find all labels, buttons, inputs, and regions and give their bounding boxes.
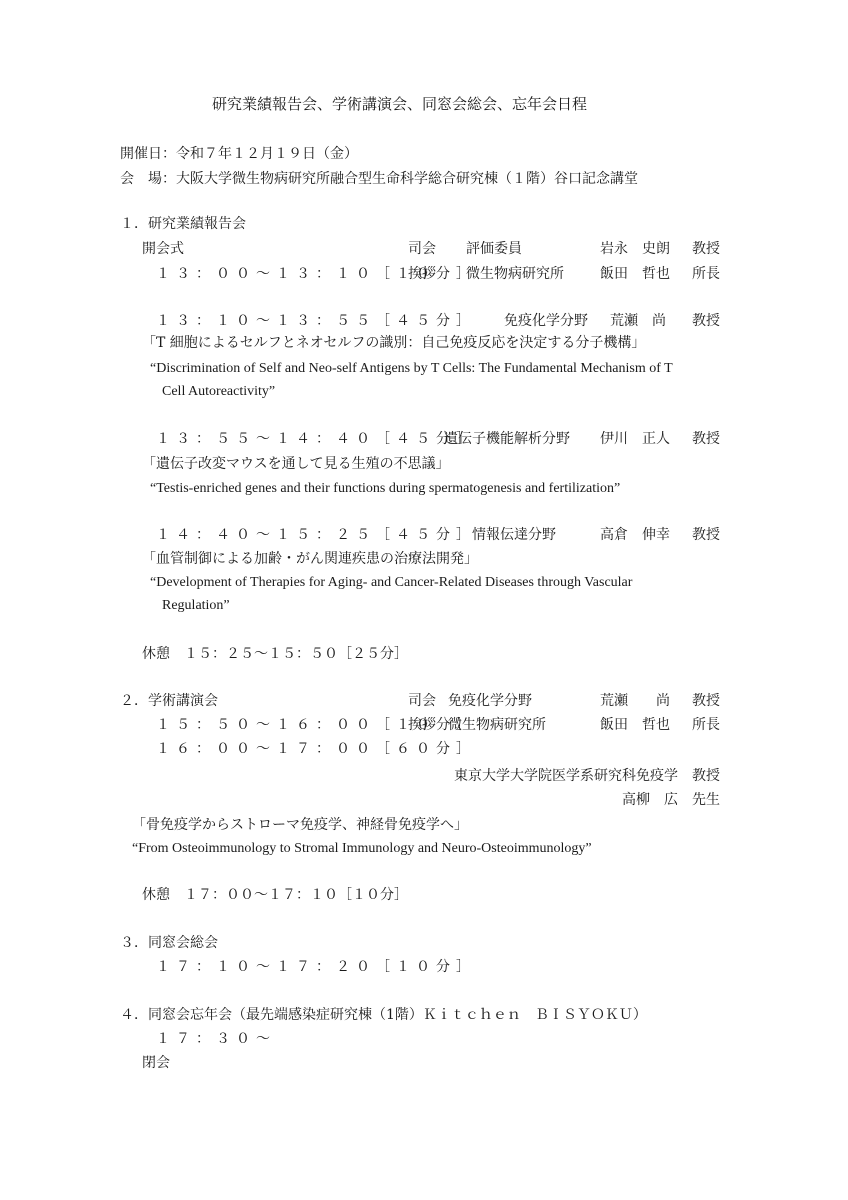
s2-greet-name: 飯田 哲也 [600,716,670,734]
talk3-affil: 情報伝達分野 [472,526,556,544]
talk2-time: １３：５５～１４：４０［４５分］ [156,430,476,448]
s2-lecture-time: １６：００～１７：００［６０分］ [156,740,476,758]
talk3-time: １４：４０～１５：２５［４５分］ [156,526,476,544]
greet-role: 挨拶 [408,265,436,283]
s2-chair-role: 司会 [408,692,436,710]
talk3-name: 高倉 伸幸 [600,526,670,544]
chair-role: 司会 [408,240,436,258]
section4-heading: ４．同窓会忘年会（最先端感染症研究棟（1階）Ｋｉｔｃｈｅｎ ＢＩＳＹＯＫＵ） [120,1006,647,1024]
s2-chair-name: 荒瀬 尚 [600,692,670,710]
talk2-ja-title: 「遺伝子改変マウスを通して見る生殖の不思議」 [142,455,450,473]
section1-break: 休憩 １５：２５～１５：５０［２５分］ [142,645,408,663]
section3-heading: ３．同窓会総会 [120,934,218,952]
chair-name: 岩永 史朗 [600,240,670,258]
section2-heading: ２．学術講演会 [120,692,218,710]
s2-chair-affil: 免疫化学分野 [448,692,532,710]
s2-greet-title: 所長 [692,716,720,734]
talk1-ja-title: 「T 細胞によるセルフとネオセルフの識別：自己免疫反応を決定する分子機構」 [142,334,645,352]
section4-time: １７：３０～ [156,1030,276,1048]
talk2-title: 教授 [692,430,720,448]
talk2-affil: 遺伝子機能解析分野 [444,430,570,448]
s2-greet-role: 挨拶 [408,716,436,734]
talk3-title: 教授 [692,526,720,544]
talk1-title: 教授 [692,312,720,330]
section2-break: 休憩 １７：００～１７：１０［１０分］ [142,886,408,904]
talk1-affil: 免疫化学分野 [504,312,588,330]
talk3-en-title-1: “Development of Therapies for Aging- and… [150,574,632,592]
greet-name: 飯田 哲也 [600,265,670,283]
s2-en-title: “From Osteoimmunology to Stromal Immunol… [132,840,592,858]
chair-affil: 評価委員 [466,240,522,258]
talk1-time: １３：１０～１３：５５［４５分］ [156,312,476,330]
speaker-name: 高柳 広 先生 [622,791,720,809]
talk2-name: 伊川 正人 [600,430,670,448]
speaker-affil: 東京大学大学院医学系研究科免疫学 教授 [454,767,720,785]
talk1-en-title-1: “Discrimination of Self and Neo-self Ant… [150,360,673,378]
talk1-en-title-2: Cell Autoreactivity” [162,383,275,401]
talk3-ja-title: 「血管制御による加齢・がん関連疾患の治療法開発」 [142,550,478,568]
venue-line: 会 場：大阪大学微生物病研究所融合型生命科学総合研究棟（１階）谷口記念講堂 [120,170,638,188]
talk3-en-title-2: Regulation” [162,597,230,615]
talk1-name: 荒瀬 尚 [610,312,666,330]
chair-title: 教授 [692,240,720,258]
s2-ja-title: 「骨免疫学からストローマ免疫学、神経骨免疫学へ」 [132,816,468,834]
opening-label: 開会式 [142,240,184,258]
section1-heading: １．研究業績報告会 [120,215,246,233]
page-title: 研究業績報告会、学術講演会、同窓会総会、忘年会日程 [212,95,587,113]
date-line: 開催日：令和７年１２月１９日（金） [120,145,358,163]
greet-title: 所長 [692,265,720,283]
talk2-en-title: “Testis-enriched genes and their functio… [150,480,620,498]
closing: 閉会 [142,1054,170,1072]
section3-time: １７：１０～１７：２０［１０分］ [156,958,476,976]
s2-greet-affil: 微生物病研究所 [448,716,546,734]
greet-affil: 微生物病研究所 [466,265,564,283]
s2-chair-title: 教授 [692,692,720,710]
